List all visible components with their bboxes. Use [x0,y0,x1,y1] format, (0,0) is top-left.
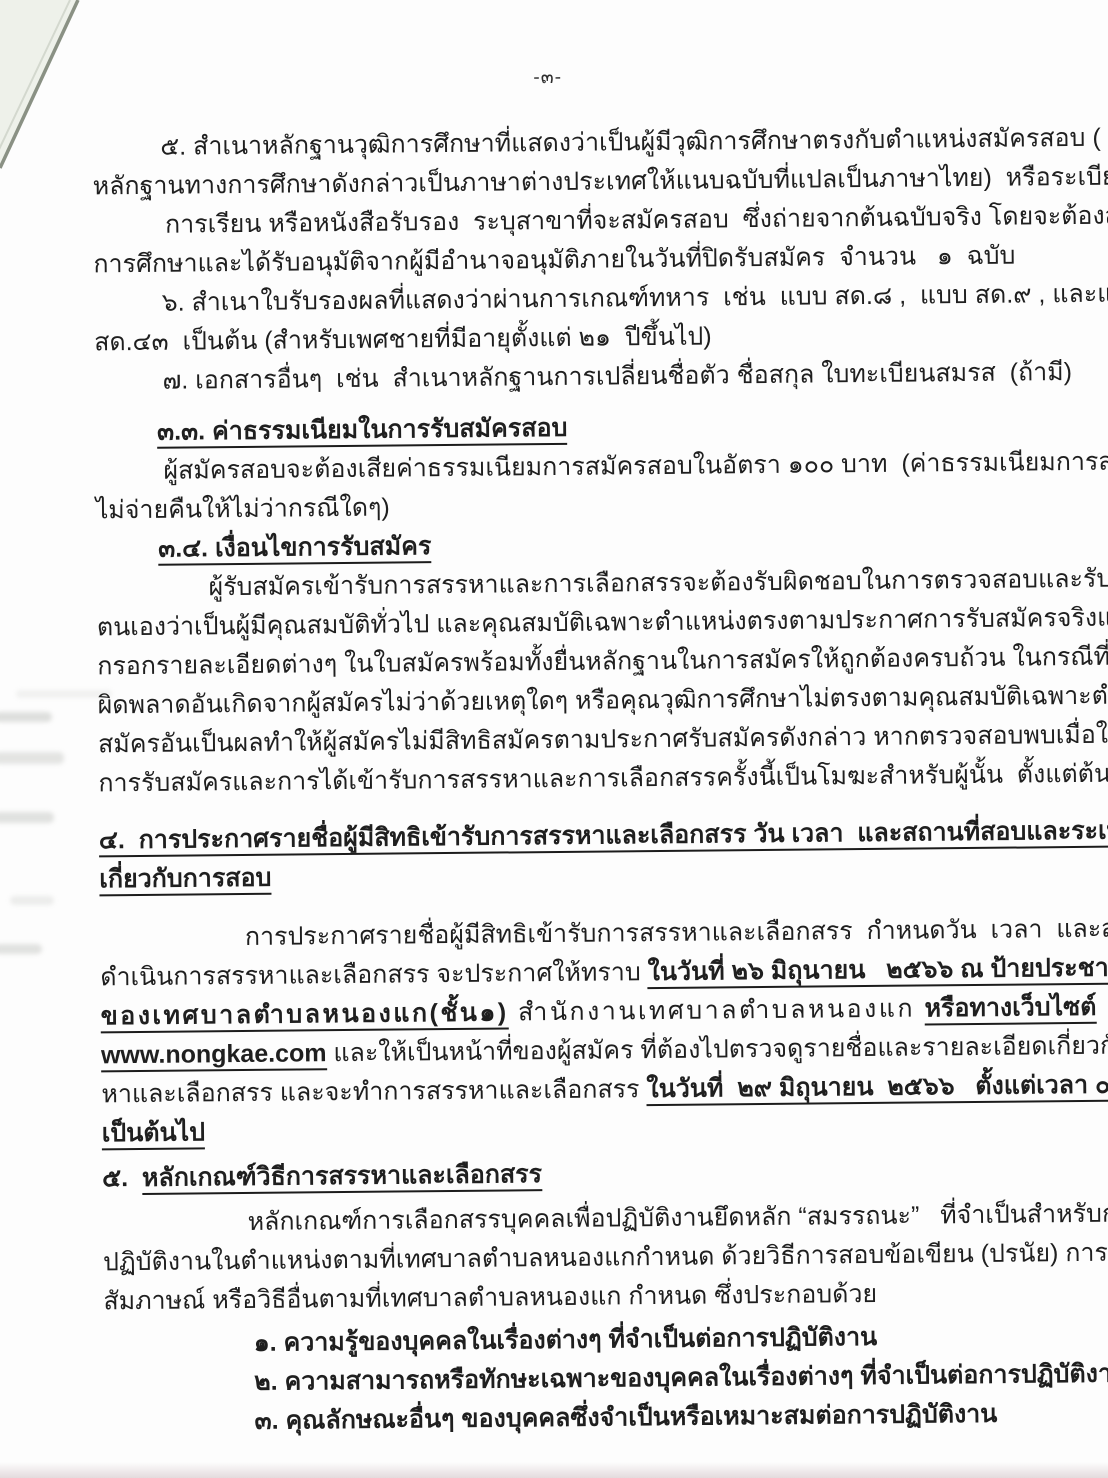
underlined-text: หรือทางเว็บไซต์ [924,993,1096,1026]
underlined-text: ๓.๔. เงื่อนไขการรับสมัคร [158,532,431,566]
underlined-text: ๓.๓. ค่าธรรมเนียมในการรับสมัครสอบ [157,414,568,449]
text-segment: หลักเกณฑ์การเลือกสรรบุคคลเพื่อปฏิบัติงาน… [247,1199,1108,1236]
text-segment: สมัครอันเป็นผลทำให้ผู้สมัครไม่มีสิทธิสมั… [98,720,1108,759]
scanned-page: -๓- ๕. สำเนาหลักฐานวุฒิการศึกษาที่แสดงว่… [0,0,1108,1478]
text-segment: การรับสมัครและการได้เข้ารับการสรรหาและกา… [98,760,1108,798]
document-lines: ๕. สำเนาหลักฐานวุฒิการศึกษาที่แสดงว่าเป็… [92,119,1057,1442]
text-segment: สัมภาษณ์ หรือวิธีอื่นตามที่เทศบาลตำบลหนอ… [103,1280,877,1315]
text-segment: และให้เป็นหน้าที่ของผู้สมัคร ที่ต้องไปตร… [326,1031,1108,1068]
text-segment: ๓. คุณลักษณะอื่นๆ ของบุคคลซึ่งจำเป็นหรือ… [254,1400,997,1435]
text-segment: หลักฐานทางการศึกษาดังกล่าวเป็นภาษาต่างปร… [93,162,1108,201]
text-segment: ๒. ความสามารถหรือทักษะเฉพาะของบุคคลในเรื… [254,1360,1108,1396]
text-segment: ผิดพลาดอันเกิดจากผู้สมัครไม่ว่าด้วยเหตุใ… [98,681,1108,720]
text-segment: การประกาศรายชื่อผู้มีสิทธิเข้ารับการสรรห… [245,914,1108,951]
underlined-text: ๔. การประกาศรายชื่อผู้มีสิทธิเข้ารับการส… [99,816,1108,857]
text-segment: ตนเองว่าเป็นผู้มีคุณสมบัติทั่วไป และคุณส… [97,603,1108,642]
underlined-text: เป็นต้นไป [102,1118,206,1150]
text-segment: การศึกษาและได้รับอนุมัติจากผู้มีอำนาจอนุ… [93,242,1015,279]
scan-skew-wrapper: -๓- ๕. สำเนาหลักฐานวุฒิการศึกษาที่แสดงว่… [0,0,1108,1478]
underlined-text: www.nongkae.com [101,1039,327,1072]
text-segment: ดำเนินการสรรหาและเลือกสรร จะประกาศให้ทรา… [100,958,648,991]
text-line: สัมภาษณ์ หรือวิธีอื่นตามที่เทศบาลตำบลหนอ… [103,1273,1055,1321]
text-segment: ๖. สำเนาใบรับรองผลที่แสดงว่าผ่านการเกณฑ์… [162,279,1108,316]
text-line: ๕. หลักเกณฑ์วิธีการสรรหาและเลือกสรร [102,1150,1054,1198]
text-segment: ผู้สมัครสอบจะต้องเสียค่าธรรมเนียมการสมัค… [163,447,1108,485]
underlined-text: ในวันที่ ๒๙ มิถุนายน ๒๕๖๖ ตั้งแต่เวลา ๐๙… [646,1070,1108,1106]
underlined-text: ในวันที่ ๒๖ มิถุนายน ๒๕๖๖ ณ ป้ายประชาสัม… [648,953,1108,989]
text-segment: ผู้รับสมัครเข้ารับการสรรหาและการเลือกสรร… [208,564,1108,601]
text-segment: การเรียน หรือหนังสือรับรอง ระบุสาขาที่จะ… [165,201,1108,239]
text-segment: ๕. สำเนาหลักฐานวุฒิการศึกษาที่แสดงว่าเป็… [160,123,1108,161]
text-line: การรับสมัครและการได้เข้ารับการสรรหาและกา… [98,755,1050,803]
text-segment: ๗. เอกสารอื่นๆ เช่น สำเนาหลักฐานการเปลี่… [162,358,1072,395]
text-segment: ไม่จ่ายคืนให้ไม่ว่ากรณีใดๆ) [96,494,390,525]
text-line: ๗. เอกสารอื่นๆ เช่น สำเนาหลักฐานการเปลี่… [94,353,1046,401]
underlined-text: ของเทศบาลตำบลหนองแก(ชั้น๑) [101,998,509,1033]
text-line: ๓. คุณลักษณะอื่นๆ ของบุคคลซึ่งจำเป็นหรือ… [104,1394,1056,1442]
text-segment: ปฏิบัติงานในตำแหน่งตามที่เทศบาลตำบลหนองแ… [103,1238,1108,1276]
text-line: เกี่ยวกับการสอบ [99,851,1051,899]
text-segment: สด.๔๓ เป็นต้น (สำหรับเพศชายที่มีอายุตั้ง… [94,322,712,356]
text-segment: ๕. [102,1164,142,1192]
text-segment: ๑. ความรู้ของบุคคลในเรื่องต่างๆ ที่จำเป็… [254,1323,878,1357]
underlined-text: หลักเกณฑ์วิธีการสรรหาและเลือกสรร [142,1160,542,1195]
page-number: -๓- [0,57,1102,98]
text-segment: สำนักงานเทศบาลตำบลหนองแก [509,994,925,1026]
text-segment: หาและเลือกสรร และจะทำการสรรหาและเลือกสรร [101,1075,646,1108]
underlined-text: เกี่ยวกับการสอบ [99,864,271,897]
text-segment: กรอกรายละเอียดต่างๆ ในใบสมัครพร้อมทั้งยื… [97,642,1108,680]
